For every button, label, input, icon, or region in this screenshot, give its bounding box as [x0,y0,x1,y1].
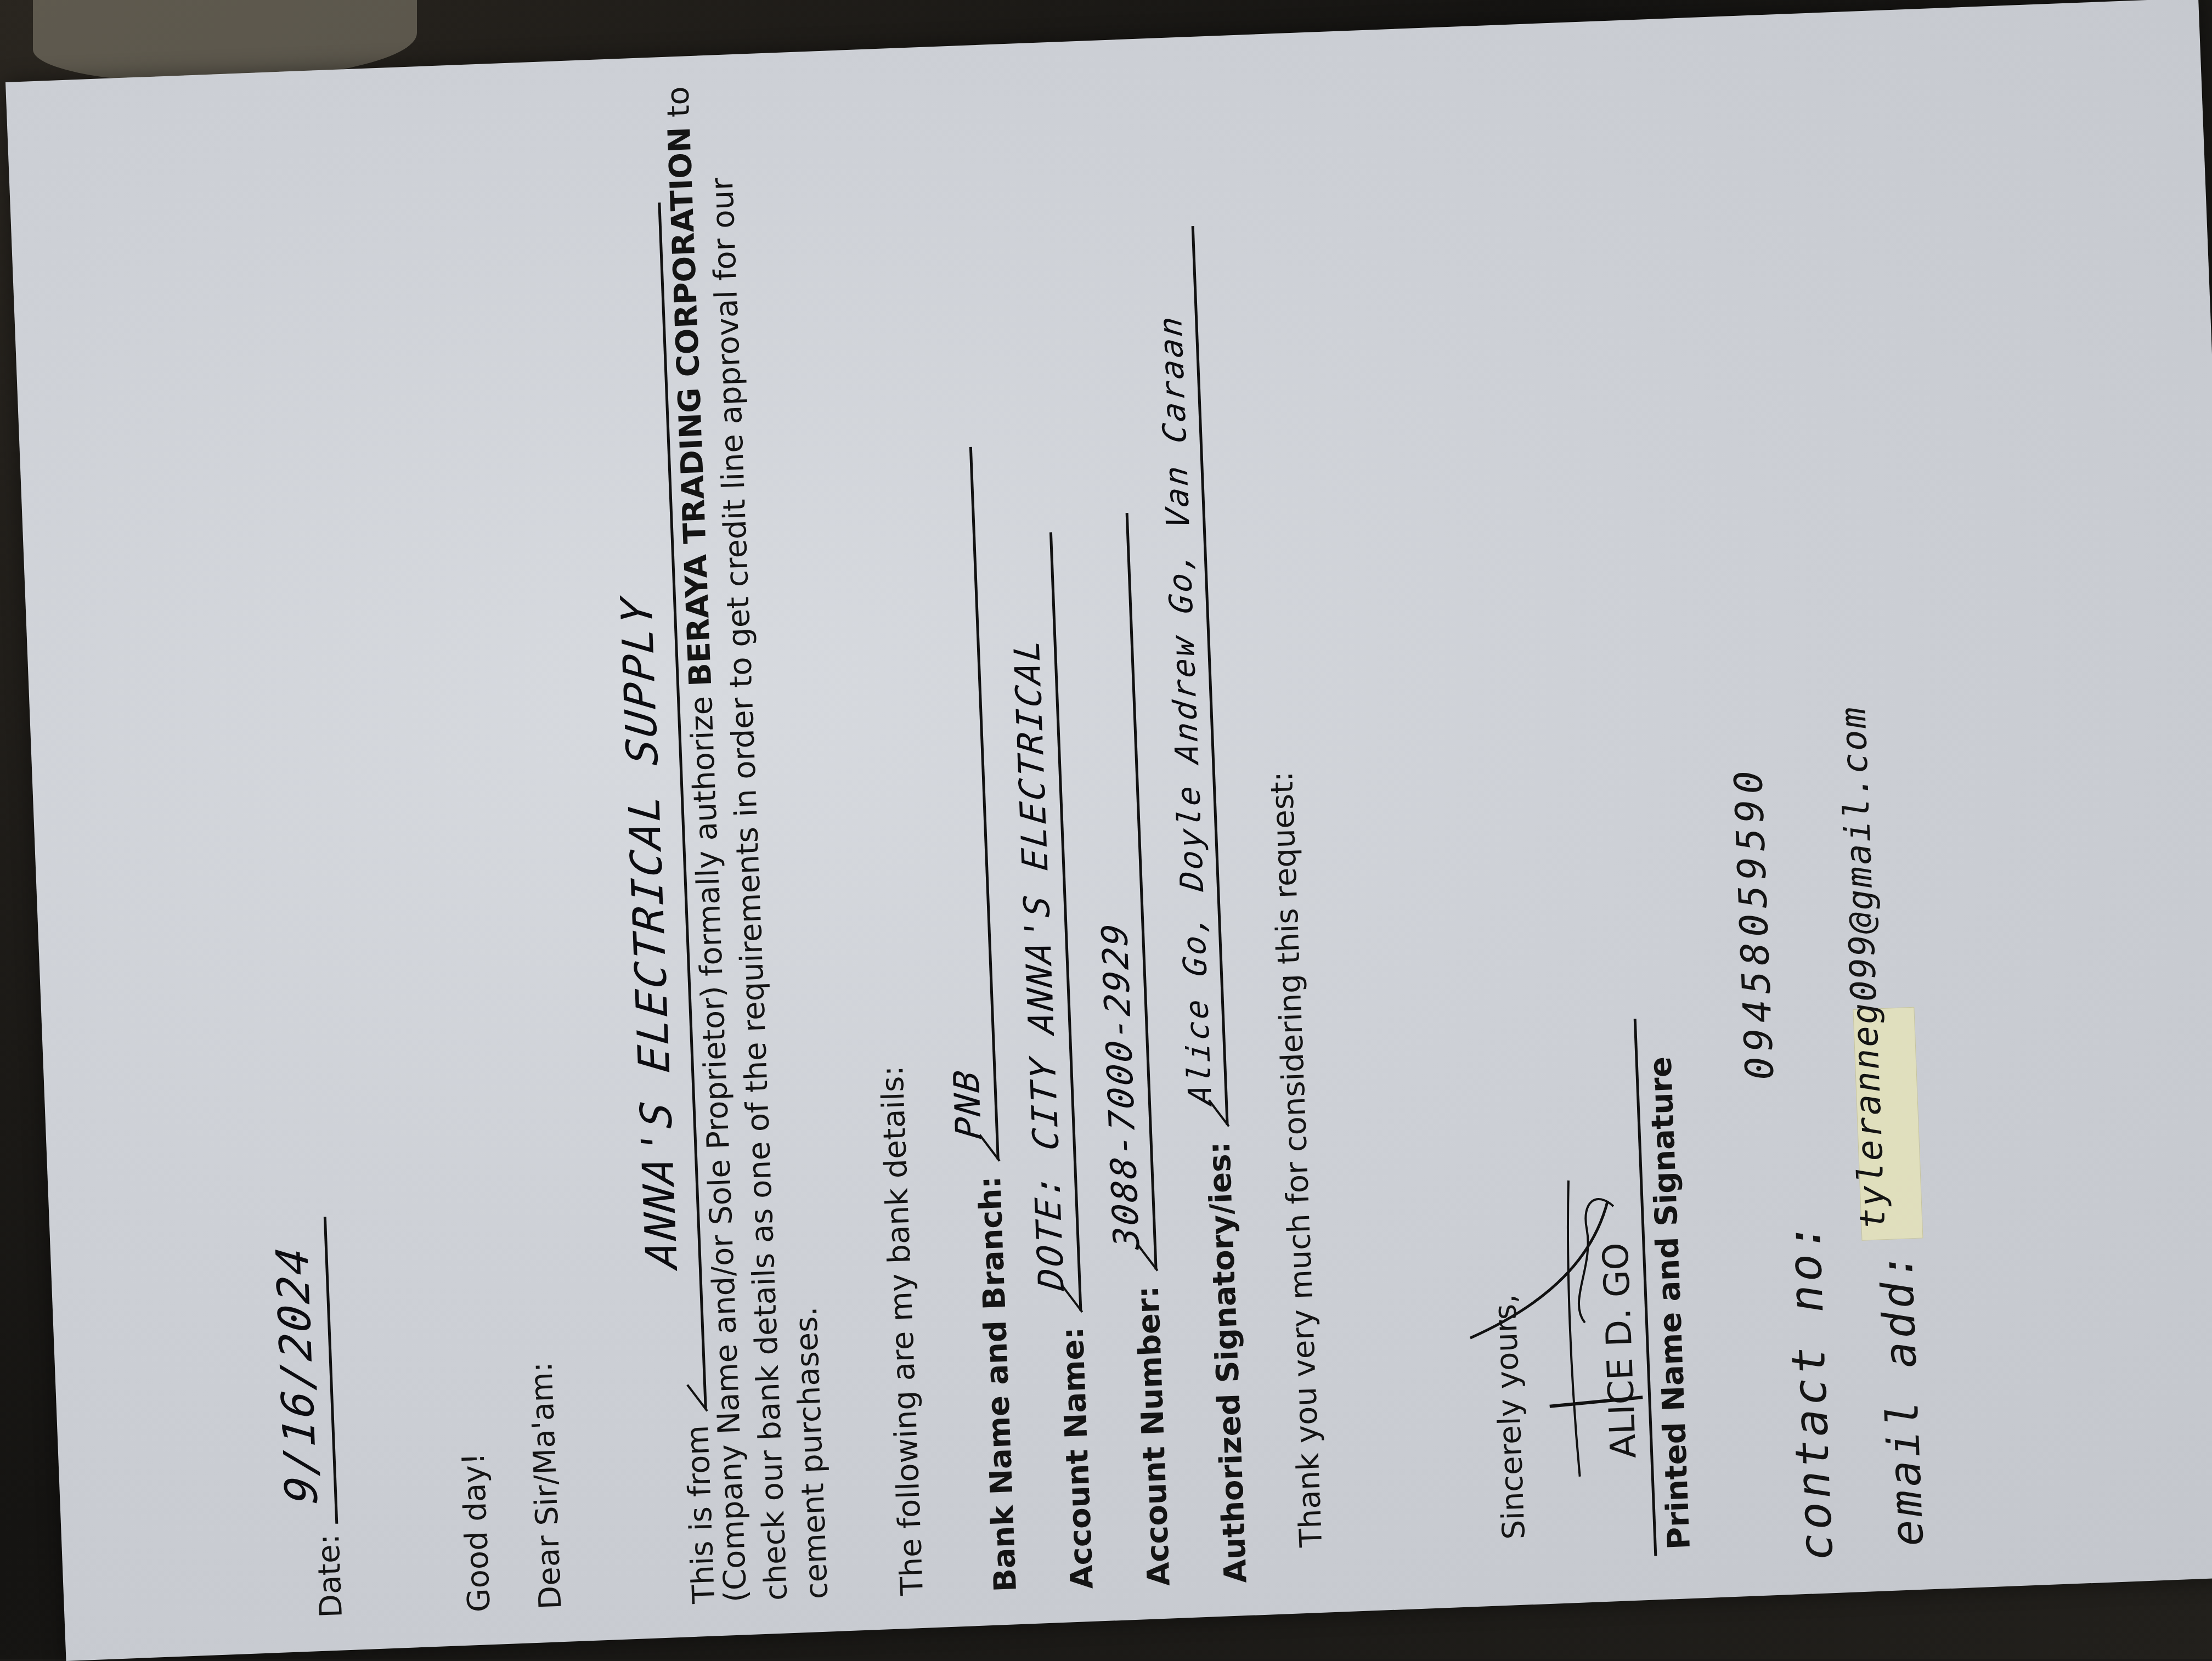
contact-value: 09458059590 [1723,765,1785,1081]
field-value: Alice Go, Doyle Andrew Go, Van Caraan [1149,313,1222,1106]
field-account-name: Account Name: DOTE: CITY ANNA'S ELECTRIC… [1011,532,1103,1590]
date-label: Date: [311,1533,349,1618]
field-label: Authorized Signatory/ies: [1201,1141,1254,1584]
field-label: Account Number: [1130,1285,1177,1586]
thanks-line: Thank you very much for considering this… [1262,771,1332,1548]
authorization-letter: Date: 9/16/2024 Good day! Dear Sir/Ma'am… [216,71,2082,1620]
paper-sheet: Date: 9/16/2024 Good day! Dear Sir/Ma'am… [5,0,2212,1659]
field-value: 3088-7000-2929 [1092,920,1151,1251]
date-field[interactable]: 9/16/2024 [291,1217,338,1526]
salutation: Dear Sir/Ma'am: [521,1361,571,1610]
field-bank-name: Bank Name and Branch: PNB [931,447,1026,1593]
email-value: tyleranneg099@gmail.com [1830,705,1897,1230]
printed-name: ALICE D. GO [1593,1242,1647,1460]
closing: Sincerely yours, [1485,1293,1535,1540]
check-mark-icon [686,1384,708,1411]
bank-details-intro: The following are my bank details: [872,1065,933,1596]
field-value: PNB [944,1066,993,1141]
intro-text-end: to [660,86,697,127]
authorized-signatories-input[interactable]: Alice Go, Doyle Andrew Go, Van Caraan [1153,226,1229,1127]
field-value: DOTE: CITY ANNA'S ELECTRICAL [1004,635,1076,1292]
date-line: Date: 9/16/2024 [291,1217,352,1619]
company-name-value: ANNA'S ELECTRICAL SUPPLY [609,594,691,1270]
contact-label: contact no: [1773,1218,1847,1562]
date-value: 9/16/2024 [263,1243,331,1506]
account-number-input[interactable]: 3088-7000-2929 [1087,513,1158,1271]
signature-caption: Printed Name and Signature [1640,1056,1700,1550]
greeting: Good day! [454,1452,500,1613]
photo-background: Date: 9/16/2024 Good day! Dear Sir/Ma'am… [0,0,2212,1659]
field-label: Bank Name and Branch: [972,1176,1024,1592]
email-label: email add: [1867,1248,1937,1547]
field-label: Account Name: [1055,1326,1101,1590]
account-name-input[interactable]: DOTE: CITY ANNA'S ELECTRICAL [1011,532,1082,1312]
bank-name-input[interactable]: PNB [931,447,1000,1161]
